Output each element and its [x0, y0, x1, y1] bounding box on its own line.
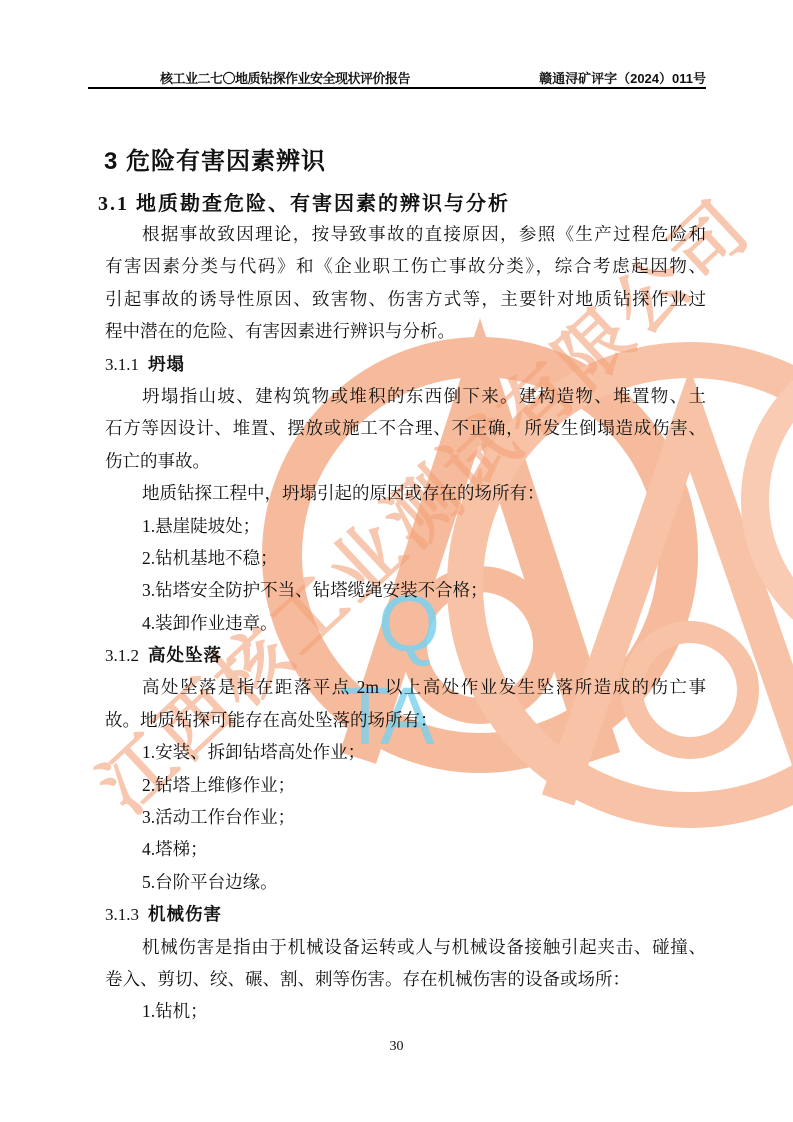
- page-number: 30: [0, 1039, 793, 1055]
- list-item: 4.塔梯；: [105, 833, 706, 865]
- list-item: 3.钻塔安全防护不当、钻塔缆绳安装不合格；: [105, 574, 706, 606]
- document-page: 江西核工业测试有限公司 Q TA 核工业二七〇地质钻探作业安全现状评价报告 赣通…: [0, 0, 793, 1122]
- list-item: 2.钻机基地不稳；: [105, 542, 706, 574]
- paragraph-line: 坍塌指山坡、建构筑物或堆积的东西倒下来。建构造物、堆置物、土: [105, 380, 706, 412]
- subsection-label: 高处坠落: [148, 645, 222, 665]
- list-item: 1.安装、拆卸钻塔高处作业；: [105, 736, 706, 768]
- paragraph-line: 程中潜在的危险、有害因素进行辨识与分析。: [105, 315, 706, 347]
- paragraph-line: 卷入、剪切、绞、碾、割、刺等伤害。存在机械伤害的设备或场所：: [105, 963, 706, 995]
- subsection-number: 3.1.3: [105, 905, 139, 924]
- list-item: 1.钻机；: [105, 995, 706, 1027]
- subsection-heading-mechanical: 3.1.3机械伤害: [105, 898, 706, 930]
- subsection-label: 坍塌: [148, 354, 185, 374]
- body-text: 根据事故致因理论，按导致事故的直接原因，参照《生产过程危险和 有害因素分类与代码…: [105, 218, 706, 1028]
- list-item: 3.活动工作台作业；: [105, 801, 706, 833]
- paragraph-line: 伤亡的事故。: [105, 445, 706, 477]
- paragraph-line: 石方等因设计、堆置、摆放或施工不合理、不正确，所发生倒塌造成伤害、: [105, 412, 706, 444]
- list-item: 5.台阶平台边缘。: [105, 866, 706, 898]
- header-report-title: 核工业二七〇地质钻探作业安全现状评价报告: [160, 68, 410, 87]
- list-item: 1.悬崖陡坡处；: [105, 510, 706, 542]
- list-item: 2.钻塔上维修作业；: [105, 769, 706, 801]
- paragraph-line: 高处坠落是指在距落平点 2m 以上高处作业发生坠落所造成的伤亡事: [105, 671, 706, 703]
- subsection-number: 3.1.1: [105, 355, 139, 374]
- header-doc-number: 赣通浔矿评字（2024）011号: [400, 68, 706, 87]
- paragraph-line: 有害因素分类与代码》和《企业职工伤亡事故分类》，综合考虑起因物、: [105, 250, 706, 282]
- section-title: 3.1 地质勘查危险、有害因素的辨识与分析: [98, 187, 510, 216]
- paragraph-line: 地质钻探工程中，坍塌引起的原因或存在的场所有：: [105, 477, 706, 509]
- subsection-label: 机械伤害: [148, 904, 222, 924]
- subsection-number: 3.1.2: [105, 646, 139, 665]
- subsection-heading-falls: 3.1.2高处坠落: [105, 639, 706, 671]
- paragraph-line: 引起事故的诱导性原因、致害物、伤害方式等，主要针对地质钻探作业过: [105, 283, 706, 315]
- list-item: 4.装卸作业违章。: [105, 607, 706, 639]
- chapter-title: 3 危险有害因素辨识: [104, 141, 326, 176]
- subsection-heading-collapse: 3.1.1坍塌: [105, 348, 706, 380]
- paragraph-line: 故。地质钻探可能存在高处坠落的场所有：: [105, 704, 706, 736]
- header-rule: [88, 87, 706, 89]
- paragraph-line: 机械伤害是指由于机械设备运转或人与机械设备接触引起夹击、碰撞、: [105, 931, 706, 963]
- paragraph-line: 根据事故致因理论，按导致事故的直接原因，参照《生产过程危险和: [105, 218, 706, 250]
